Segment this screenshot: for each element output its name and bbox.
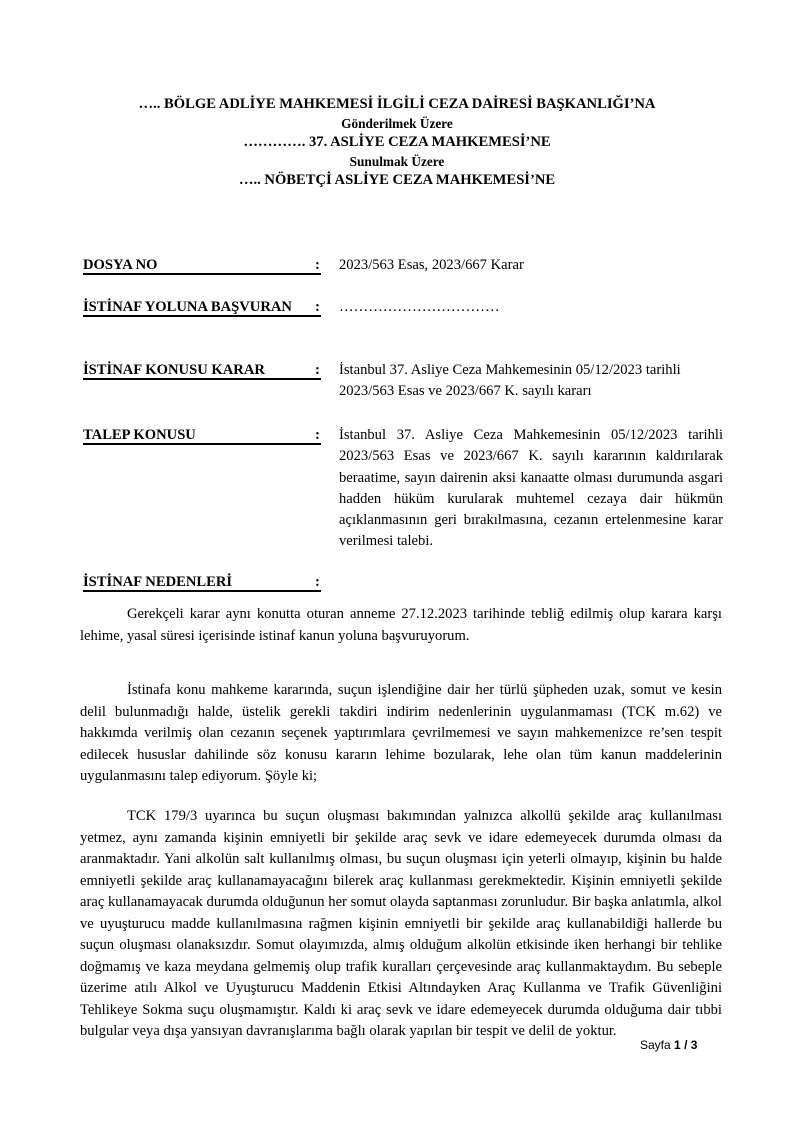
field-colon: : [315, 425, 320, 446]
addressee-duty-court: ….. NÖBETÇİ ASLİYE CEZA MAHKEMESİ’NE [0, 172, 794, 189]
field-colon: : [315, 572, 320, 593]
page-current: 1 [674, 1038, 681, 1052]
field-colon: : [315, 360, 320, 381]
field-value: İstanbul 37. Asliye Ceza Mahkemesinin 05… [339, 360, 723, 403]
page-number: Sayfa 1 / 3 [640, 1038, 697, 1052]
addressee-regional-court: ….. BÖLGE ADLİYE MAHKEMESİ İLGİLİ CEZA D… [0, 96, 794, 113]
paragraph-tck-179: TCK 179/3 uyarınca bu suçun oluşması bak… [80, 806, 722, 1043]
field-value: 2023/563 Esas, 2023/667 Karar [339, 255, 723, 276]
field-value: …………………………… [339, 297, 723, 318]
page-total: 3 [691, 1038, 698, 1052]
submission-note: Sunulmak Üzere [0, 154, 794, 170]
addressee-criminal-court: …………. 37. ASLİYE CEZA MAHKEMESİ’NE [0, 134, 794, 151]
forwarding-note: Gönderilmek Üzere [0, 116, 794, 132]
paragraph-request: İstinafa konu mahkeme kararında, suçun i… [80, 680, 722, 788]
page-prefix: Sayfa [640, 1038, 671, 1052]
field-colon: : [315, 297, 320, 318]
field-colon: : [315, 255, 320, 276]
field-value: İstanbul 37. Asliye Ceza Mahkemesinin 05… [339, 425, 723, 553]
field-label: DOSYA NO [83, 255, 320, 276]
field-label: İSTİNAF KONUSU KARAR [83, 360, 320, 381]
document-page: ….. BÖLGE ADLİYE MAHKEMESİ İLGİLİ CEZA D… [0, 0, 794, 1123]
page-separator: / [684, 1038, 687, 1052]
field-label: İSTİNAF YOLUNA BAŞVURAN [83, 297, 320, 318]
field-label: İSTİNAF NEDENLERİ [83, 572, 320, 593]
field-label: TALEP KONUSU [83, 425, 320, 446]
paragraph-notification: Gerekçeli karar aynı konutta oturan anne… [80, 604, 722, 647]
